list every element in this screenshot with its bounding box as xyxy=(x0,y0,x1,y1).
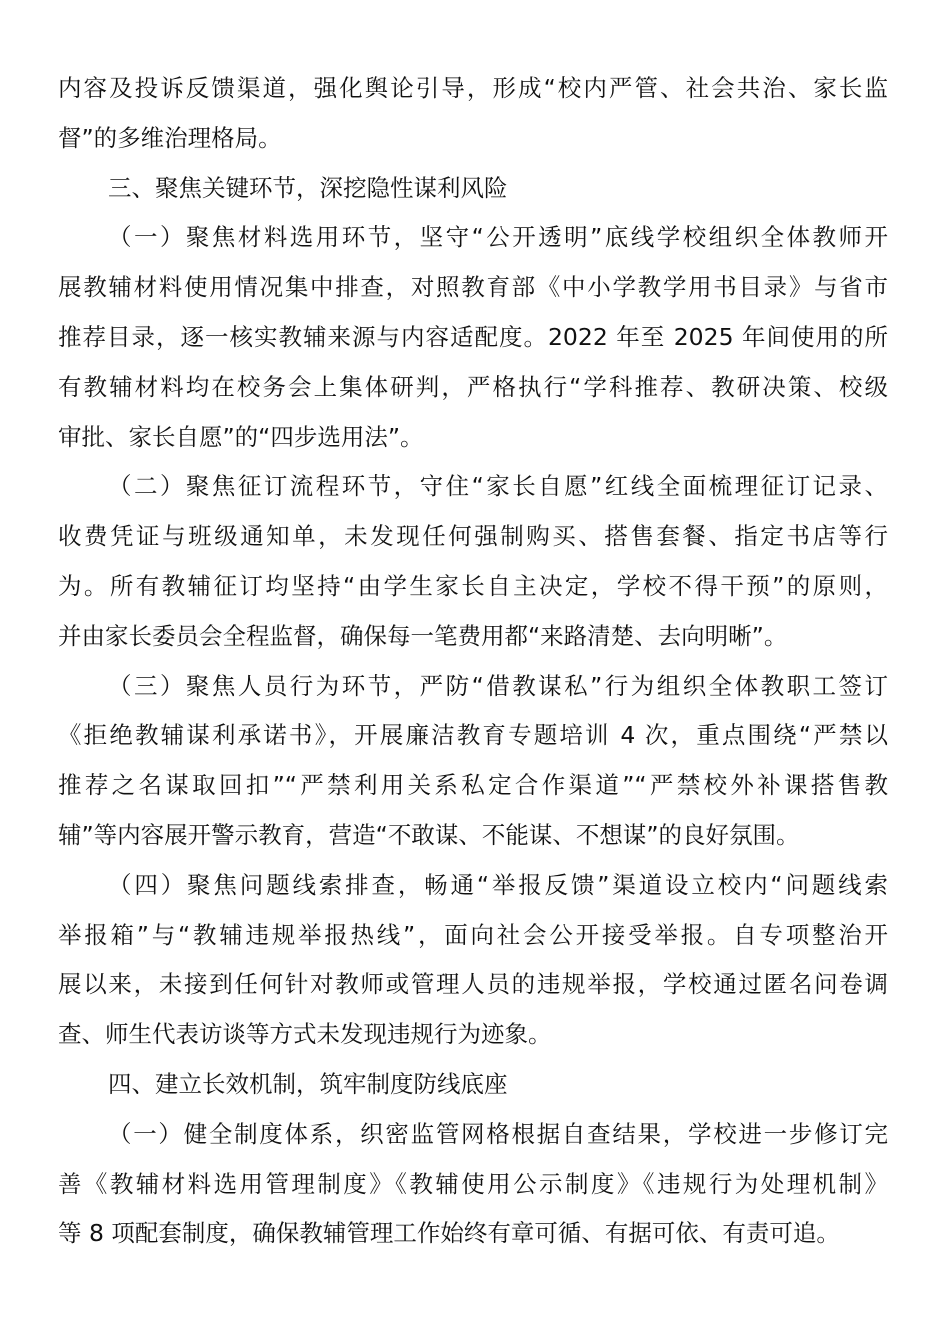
heading-text: 四、建立长效机制，筑牢制度防线底座 xyxy=(58,1066,888,1116)
text-line: 查、师生代表访谈等方式未发现违规行为迹象。 xyxy=(58,1016,888,1066)
section-heading-4: 四、建立长效机制，筑牢制度防线底座 xyxy=(58,1066,888,1116)
paragraph-continuation: 内容及投诉反馈渠道，强化舆论引导，形成“校内严管、社会共治、家长监 督”的多维治… xyxy=(58,70,888,170)
text-line: 善《教辅材料选用管理制度》《教辅使用公示制度》《违规行为处理机制》 xyxy=(58,1166,888,1216)
paragraph-institutional-system: （一）健全制度体系，织密监管网格根据自查结果，学校进一步修订完 善《教辅材料选用… xyxy=(58,1116,888,1265)
paragraph-material-selection: （一）聚焦材料选用环节，坚守“公开透明”底线学校组织全体教师开 展教辅材料使用情… xyxy=(58,219,888,468)
text-line: 督”的多维治理格局。 xyxy=(58,120,888,170)
text-line: （三）聚焦人员行为环节，严防“借教谋私”行为组织全体教职工签订 xyxy=(58,668,888,718)
text-line: 有教辅材料均在校务会上集体研判，严格执行“学科推荐、教研决策、校级 xyxy=(58,369,888,419)
text-line: 展以来，未接到任何针对教师或管理人员的违规举报，学校通过匿名问卷调 xyxy=(58,966,888,1016)
text-line: 展教辅材料使用情况集中排查，对照教育部《中小学教学用书目录》与省市 xyxy=(58,269,888,319)
paragraph-report-channels: （四）聚焦问题线索排查，畅通“举报反馈”渠道设立校内“问题线索 举报箱”与“教辅… xyxy=(58,867,888,1066)
heading-text: 三、聚焦关键环节，深挖隐性谋利风险 xyxy=(58,170,888,220)
text-line: 推荐之名谋取回扣”“严禁利用关系私定合作渠道”“严禁校外补课搭售教 xyxy=(58,767,888,817)
text-line: 收费凭证与班级通知单，未发现任何强制购买、搭售套餐、指定书店等行 xyxy=(58,518,888,568)
text-line: 《拒绝教辅谋利承诺书》，开展廉洁教育专题培训 4 次，重点围绕“严禁以 xyxy=(58,717,888,767)
text-line: （一）聚焦材料选用环节，坚守“公开透明”底线学校组织全体教师开 xyxy=(58,219,888,269)
text-line: （四）聚焦问题线索排查，畅通“举报反馈”渠道设立校内“问题线索 xyxy=(58,867,888,917)
text-line: 内容及投诉反馈渠道，强化舆论引导，形成“校内严管、社会共治、家长监 xyxy=(58,70,888,120)
text-line: 推荐目录，逐一核实教辅来源与内容适配度。2022 年至 2025 年间使用的所 xyxy=(58,319,888,369)
document-page: 内容及投诉反馈渠道，强化舆论引导，形成“校内严管、社会共治、家长监 督”的多维治… xyxy=(58,70,888,1265)
text-line: （一）健全制度体系，织密监管网格根据自查结果，学校进一步修订完 xyxy=(58,1116,888,1166)
text-line: 等 8 项配套制度，确保教辅管理工作始终有章可循、有据可依、有责可追。 xyxy=(58,1215,888,1265)
text-line: 辅”等内容展开警示教育，营造“不敢谋、不能谋、不想谋”的良好氛围。 xyxy=(58,817,888,867)
text-line: 并由家长委员会全程监督，确保每一笔费用都“来路清楚、去向明晰”。 xyxy=(58,618,888,668)
text-line: 审批、家长自愿”的“四步选用法”。 xyxy=(58,419,888,469)
paragraph-personnel-conduct: （三）聚焦人员行为环节，严防“借教谋私”行为组织全体教职工签订 《拒绝教辅谋利承… xyxy=(58,668,888,867)
text-line: （二）聚焦征订流程环节，守住“家长自愿”红线全面梳理征订记录、 xyxy=(58,468,888,518)
section-heading-3: 三、聚焦关键环节，深挖隐性谋利风险 xyxy=(58,170,888,220)
text-line: 举报箱”与“教辅违规举报热线”，面向社会公开接受举报。自专项整治开 xyxy=(58,917,888,967)
text-line: 为。所有教辅征订均坚持“由学生家长自主决定，学校不得干预”的原则， xyxy=(58,568,888,618)
paragraph-ordering-process: （二）聚焦征订流程环节，守住“家长自愿”红线全面梳理征订记录、 收费凭证与班级通… xyxy=(58,468,888,667)
